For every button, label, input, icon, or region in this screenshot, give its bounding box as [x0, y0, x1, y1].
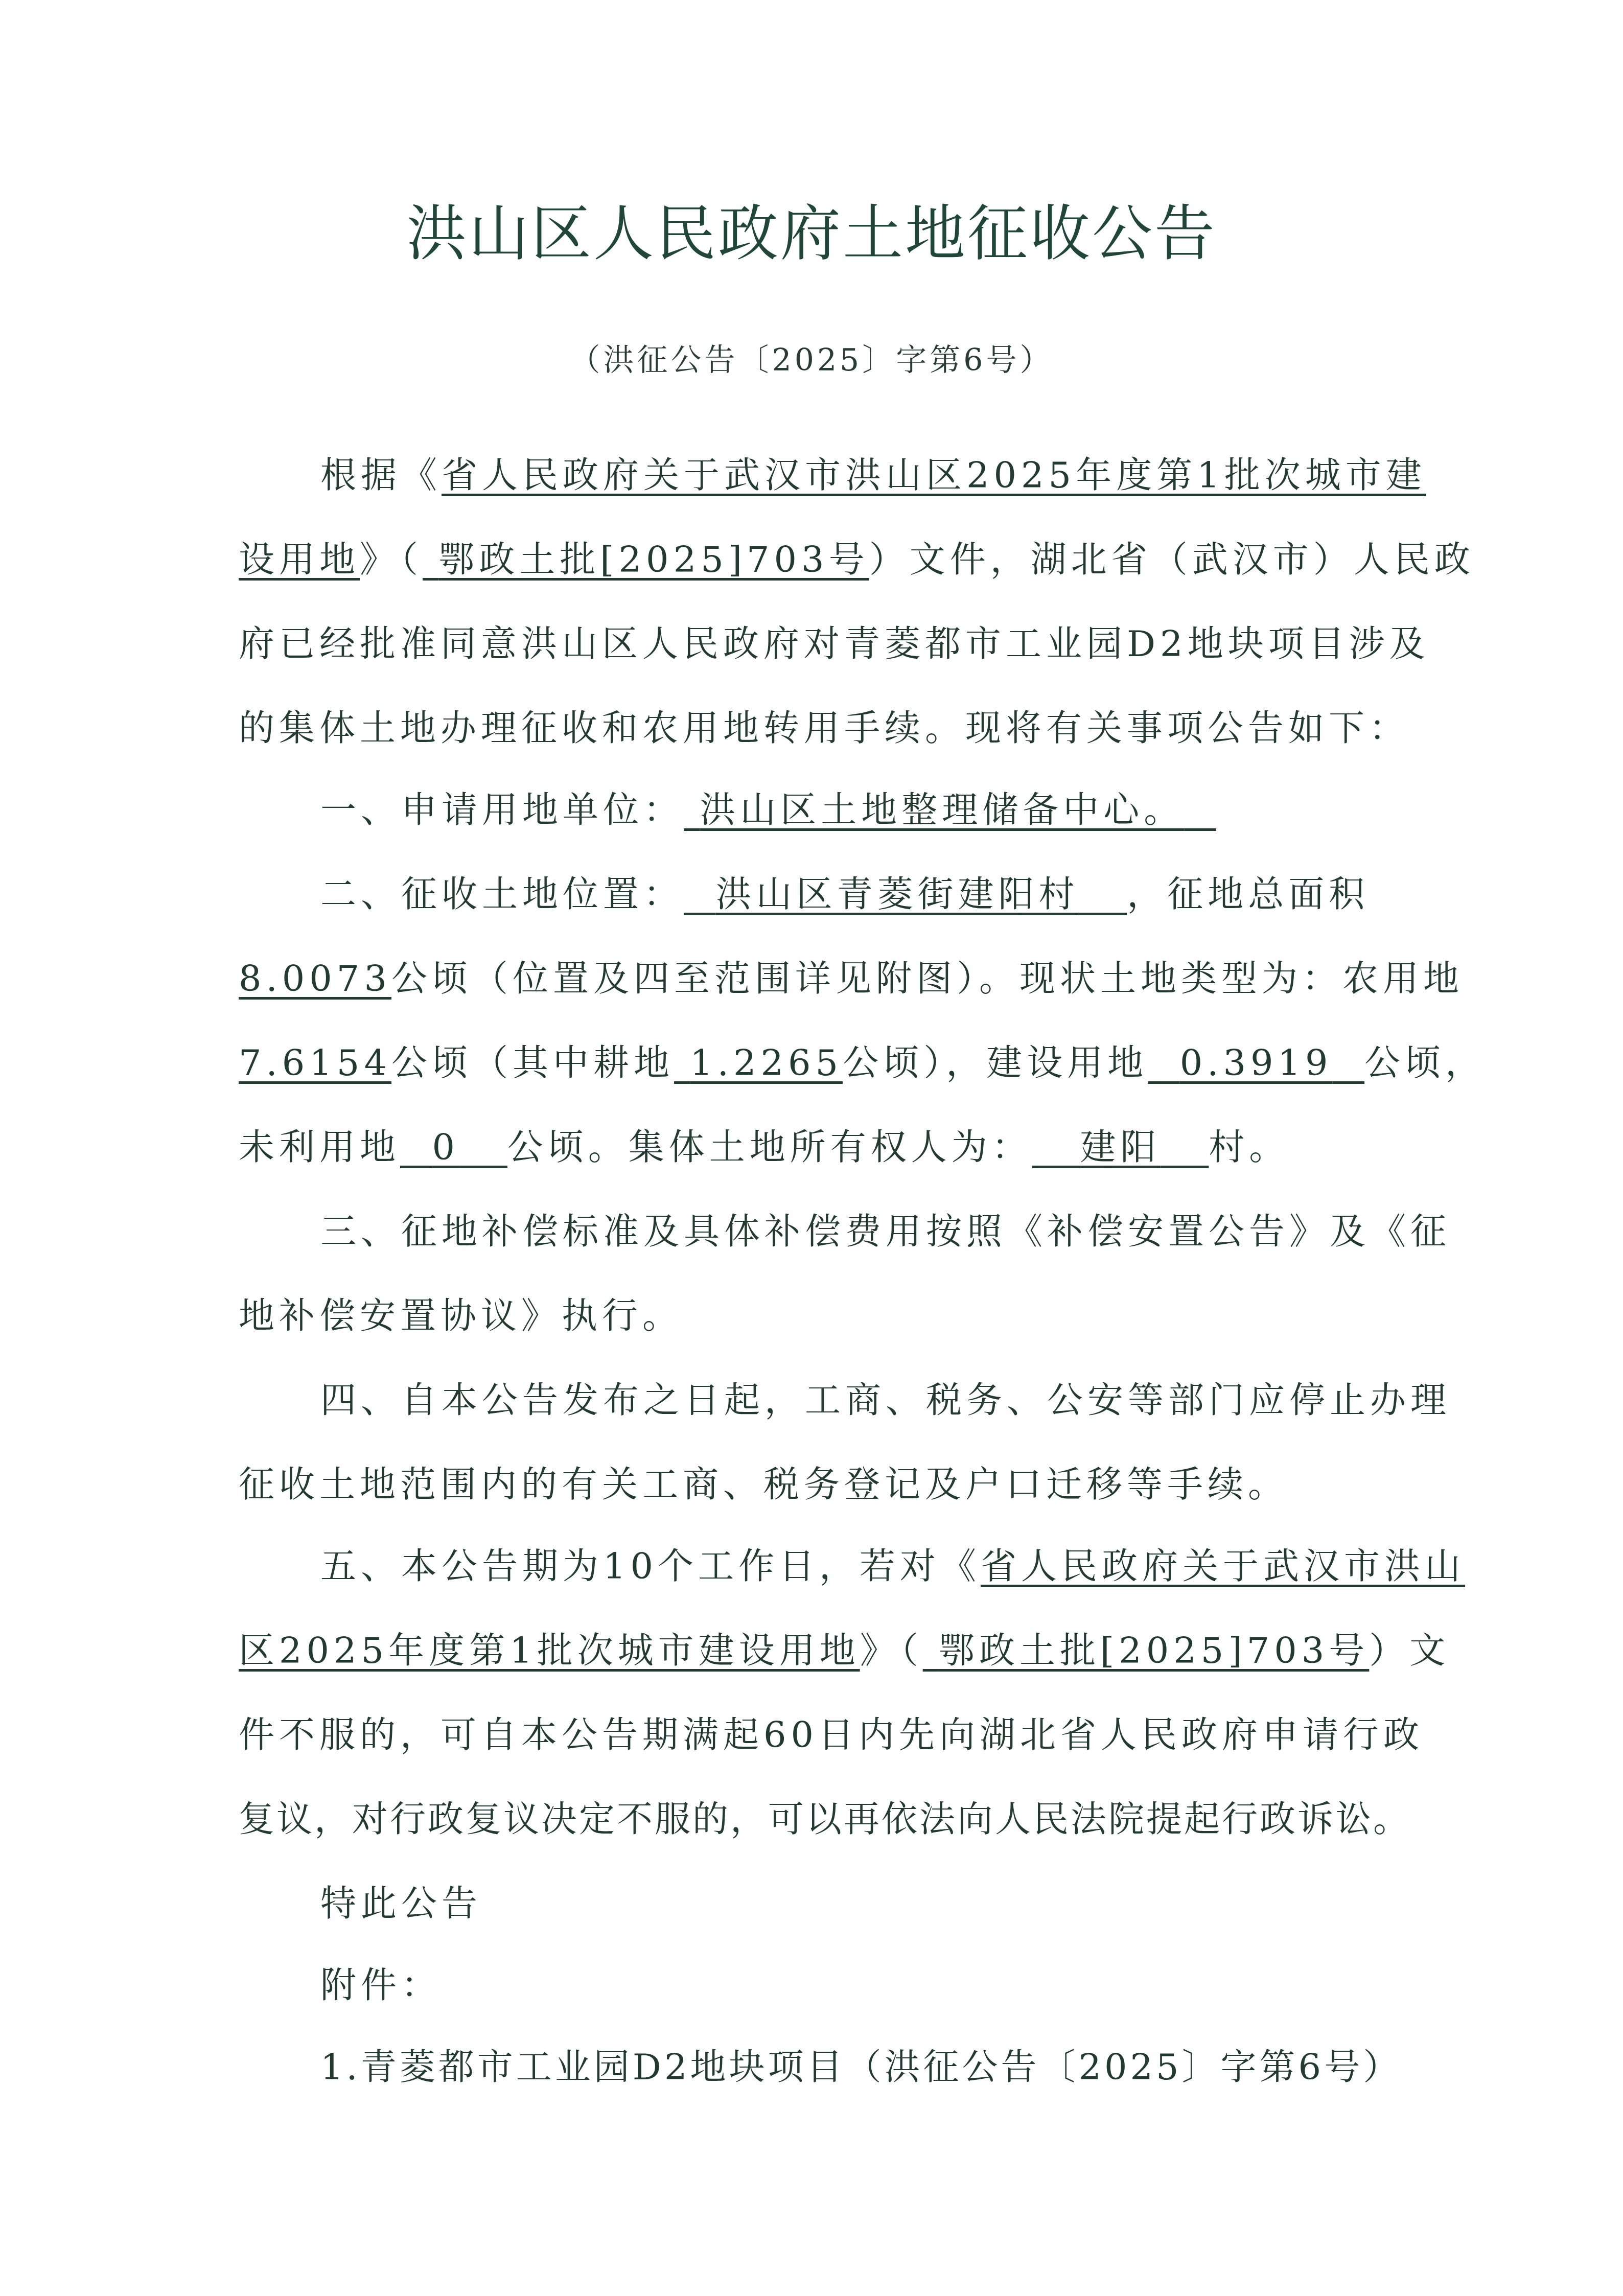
close-book-mark: 》（	[360, 539, 423, 581]
item-5-lead: 五、本公告期为10个工作日，若对《	[320, 1545, 981, 1587]
intro-line-4: 的集体土地办理征收和农用地转用手续。现将有关事项公告如下：	[239, 703, 1353, 754]
item-2-line-1: 二、征收土地位置： 洪山区青菱街建阳村 ，征地总面积	[320, 869, 1353, 920]
land-owner: 建阳	[1032, 1126, 1209, 1168]
after-location: ，征地总面积	[1127, 873, 1369, 915]
attachment-item: 1.青菱都市工业园D2地块项目（洪征公告〔2025〕字第6号）	[320, 2042, 1353, 2093]
item-2-line-4: 未利用地 0 公顷。集体土地所有权人为： 建阳 村。	[239, 1122, 1353, 1173]
text-segment: 公顷，	[1364, 1042, 1486, 1084]
item-1-label: 一、申请用地单位：	[320, 789, 684, 831]
item-5-line-4: 复议，对行政复议决定不服的，可以再依法向人民法院提起行政诉讼。	[239, 1794, 1353, 1845]
document-number: （洪征公告〔2025〕字第6号）	[0, 337, 1623, 383]
close-book-mark: 》（	[860, 1630, 923, 1672]
approval-title-part2: 设用地	[239, 539, 360, 581]
after-number: ）文	[1369, 1630, 1450, 1672]
item-5-line-1: 五、本公告期为10个工作日，若对《省人民政府关于武汉市洪山	[320, 1541, 1353, 1592]
approval-title-part1: 省人民政府关于武汉市洪山区2025年度第1批次城市建	[442, 454, 1426, 496]
item-4-line-1: 四、自本公告发布之日起，工商、税务、公安等部门应停止办理	[320, 1375, 1353, 1426]
cultivated-area: 1.2265	[674, 1042, 843, 1084]
construction-area: 0.3919	[1148, 1042, 1364, 1084]
item-2-line-3: 7.6154公顷（其中耕地 1.2265公顷），建设用地 0.3919 公顷，	[239, 1037, 1353, 1088]
item-2-label: 二、征收土地位置：	[320, 873, 684, 915]
applicant-unit: 洪山区土地整理储备中心。	[684, 789, 1216, 831]
agricultural-area: 7.6154	[239, 1042, 391, 1084]
item-3-line-2: 地补偿安置协议》执行。	[239, 1290, 1353, 1341]
attachments-label: 附件：	[320, 1960, 1353, 2011]
approval-title-part2: 区2025年度第1批次城市建设用地	[239, 1630, 860, 1672]
total-area: 8.0073	[239, 958, 391, 1000]
approval-number: 鄂政土批[2025]703号	[923, 1630, 1370, 1672]
unused-area: 0	[400, 1126, 507, 1168]
text-segment: 公顷），建设用地	[843, 1042, 1148, 1084]
item-2-line-2-rest: 公顷（位置及四至范围详见附图）。现状土地类型为：农用地	[391, 958, 1464, 1000]
text-segment: 公顷。集体土地所有权人为：	[507, 1126, 1032, 1168]
closing-statement: 特此公告	[320, 1878, 1353, 1929]
approval-number: 鄂政土批[2025]703号	[423, 539, 869, 581]
intro-line-1: 根据《省人民政府关于武汉市洪山区2025年度第1批次城市建	[320, 450, 1353, 501]
item-5-line-2: 区2025年度第1批次城市建设用地》（ 鄂政土批[2025]703号）文	[239, 1625, 1353, 1676]
item-2-line-2: 8.0073公顷（位置及四至范围详见附图）。现状土地类型为：农用地	[239, 953, 1353, 1004]
after-number: ）文件，湖北省（武汉市）人民政	[869, 539, 1475, 581]
text-segment: 未利用地	[239, 1126, 400, 1168]
intro-line-2: 设用地》（ 鄂政土批[2025]703号）文件，湖北省（武汉市）人民政	[239, 534, 1353, 585]
intro-lead: 根据《	[320, 454, 442, 496]
item-1-applicant: 一、申请用地单位： 洪山区土地整理储备中心。	[320, 784, 1353, 836]
intro-line-3: 府已经批准同意洪山区人民政府对青菱都市工业园D2地块项目涉及	[239, 618, 1353, 669]
item-3-line-1: 三、征地补偿标准及具体补偿费用按照《补偿安置公告》及《征	[320, 1206, 1353, 1257]
text-segment: 公顷（其中耕地	[391, 1042, 674, 1084]
item-4-line-2: 征收土地范围内的有关工商、税务登记及户口迁移等手续。	[239, 1459, 1353, 1510]
land-location: 洪山区青菱街建阳村	[684, 873, 1127, 915]
text-segment: 村。	[1209, 1126, 1289, 1168]
approval-title-part1: 省人民政府关于武汉市洪山	[981, 1545, 1465, 1587]
item-5-line-3: 件不服的，可自本公告期满起60日内先向湖北省人民政府申请行政	[239, 1709, 1353, 1760]
page-title: 洪山区人民政府土地征收公告	[0, 200, 1623, 267]
